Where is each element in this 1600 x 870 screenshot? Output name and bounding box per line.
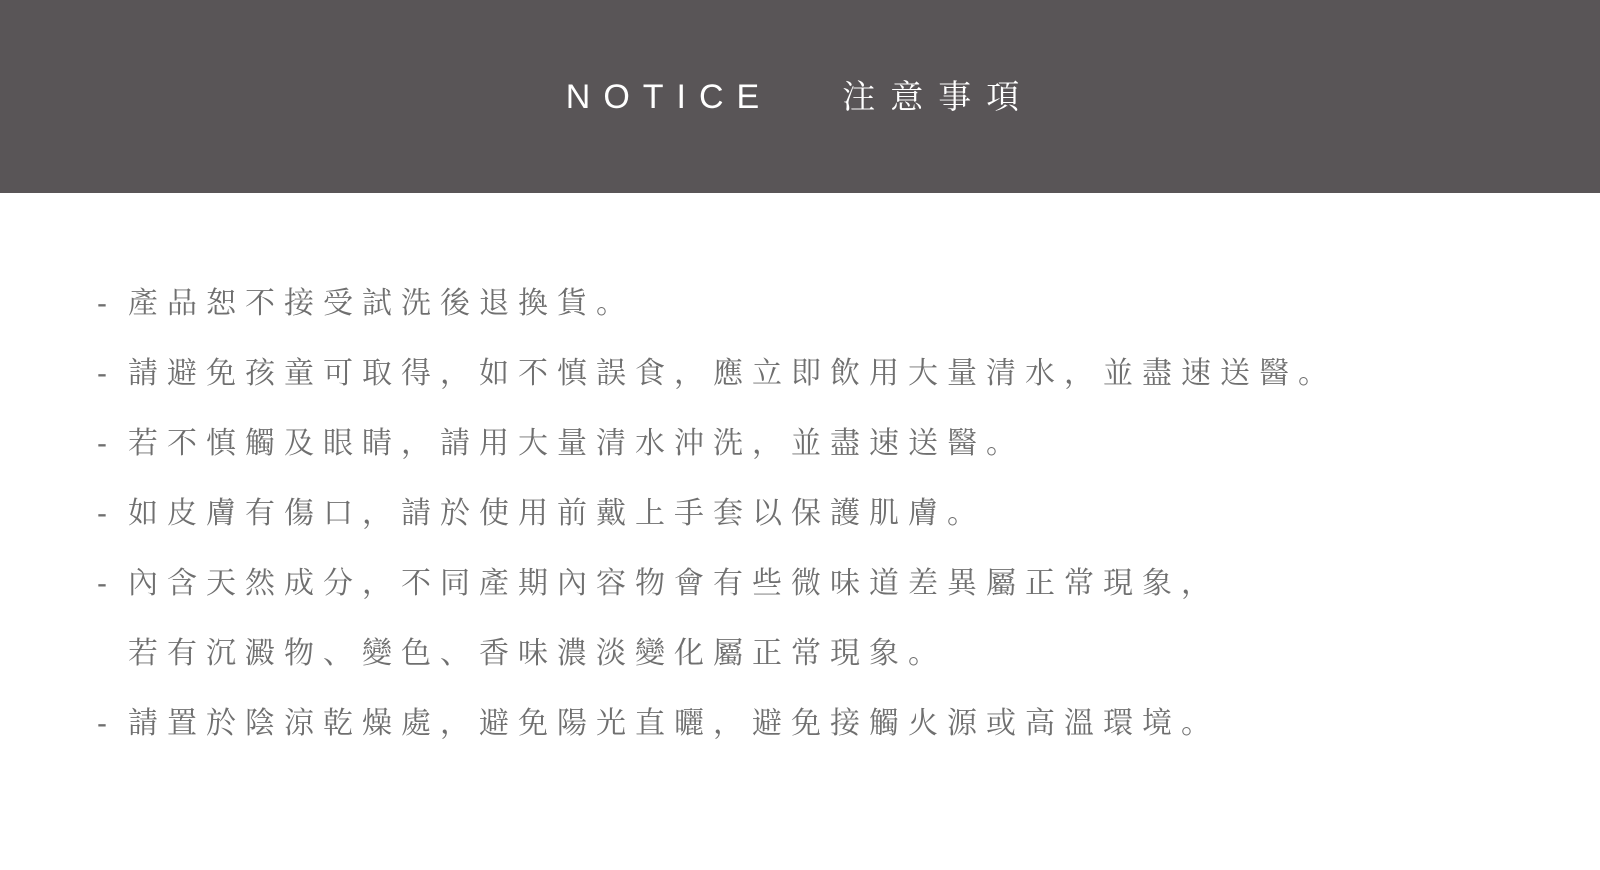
notice-item-continuation: 若有沉澱物、變色、香味濃淡變化屬正常現象。	[97, 619, 1540, 689]
notice-item: - 如皮膚有傷口，請於使用前戴上手套以保護肌膚。	[97, 479, 1540, 549]
notice-item-text: 請避免孩童可取得，如不慎誤食，應立即飲用大量清水，並盡速送醫。	[128, 339, 1337, 409]
notice-item-text: 若不慎觸及眼睛，請用大量清水沖洗，並盡速送醫。	[128, 409, 1025, 479]
notice-item-text: 如皮膚有傷口，請於使用前戴上手套以保護肌膚。	[128, 479, 986, 549]
notice-header-band: NOTICE 注意事項	[0, 0, 1600, 193]
notice-item-text: 若有沉澱物、變色、香味濃淡變化屬正常現象。	[128, 619, 947, 689]
notice-item-text: 產品恕不接受試洗後退換貨。	[128, 269, 635, 339]
notice-title-en: NOTICE	[566, 80, 772, 114]
notice-item: - 內含天然成分，不同產期內容物會有些微味道差異屬正常現象，	[97, 549, 1540, 619]
bullet-dash: -	[97, 269, 128, 339]
bullet-dash: -	[97, 689, 128, 759]
notice-list: - 產品恕不接受試洗後退換貨。 - 請避免孩童可取得，如不慎誤食，應立即飲用大量…	[0, 193, 1600, 759]
notice-item: - 請避免孩童可取得，如不慎誤食，應立即飲用大量清水，並盡速送醫。	[97, 339, 1540, 409]
notice-item: - 請置於陰涼乾燥處，避免陽光直曬，避免接觸火源或高溫環境。	[97, 689, 1540, 759]
notice-page: NOTICE 注意事項 - 產品恕不接受試洗後退換貨。 - 請避免孩童可取得，如…	[0, 0, 1600, 870]
bullet-dash: -	[97, 479, 128, 549]
notice-item: - 若不慎觸及眼睛，請用大量清水沖洗，並盡速送醫。	[97, 409, 1540, 479]
bullet-dash: -	[97, 339, 128, 409]
bullet-dash: -	[97, 549, 128, 619]
notice-item: - 產品恕不接受試洗後退換貨。	[97, 269, 1540, 339]
bullet-dash: -	[97, 409, 128, 479]
notice-title-zh: 注意事項	[842, 80, 1034, 113]
notice-item-text: 內含天然成分，不同產期內容物會有些微味道差異屬正常現象，	[128, 549, 1220, 619]
notice-item-text: 請置於陰涼乾燥處，避免陽光直曬，避免接觸火源或高溫環境。	[128, 689, 1220, 759]
